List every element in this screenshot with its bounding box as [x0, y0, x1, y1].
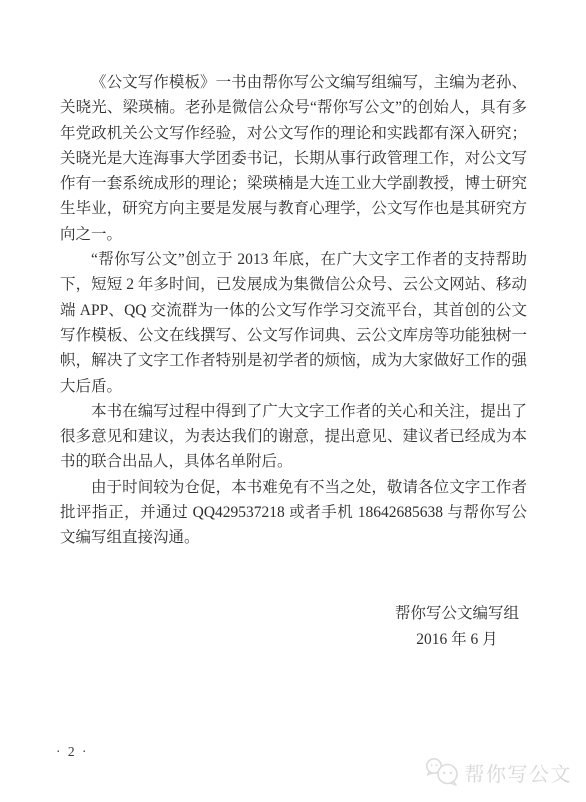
- signature-date: 2016 年 6 月: [416, 627, 497, 653]
- signature-block: 帮你写公文编写组 2016 年 6 月: [395, 601, 519, 653]
- paragraph-acknowledgements: 本书在编写过程中得到了广大文字工作者的关心和关注，提出了很多意见和建议，为表达我…: [60, 399, 527, 475]
- document-body: 《公文写作模板》一书由帮你写公文编写组编写，主编为老孙、关晓光、梁瑛楠。老孙是微…: [60, 70, 527, 653]
- watermark-text: 帮你写公文: [465, 758, 573, 787]
- page-number: · 2 ·: [56, 744, 89, 760]
- wechat-logo-icon: [424, 756, 460, 788]
- signature-author: 帮你写公文编写组: [395, 601, 519, 627]
- paragraph-about-authors: 《公文写作模板》一书由帮你写公文编写组编写，主编为老孙、关晓光、梁瑛楠。老孙是微…: [60, 70, 527, 247]
- watermark: 帮你写公文: [424, 756, 573, 788]
- paragraph-contact: 由于时间较为仓促，本书难免有不当之处，敬请各位文字工作者批评指正，并通过 QQ4…: [60, 475, 527, 551]
- paragraph-about-platform: “帮你写公文”创立于 2013 年底，在广大文字工作者的支持帮助下，短短 2 年…: [60, 247, 527, 399]
- document-page: 《公文写作模板》一书由帮你写公文编写组编写，主编为老孙、关晓光、梁瑛楠。老孙是微…: [0, 0, 586, 802]
